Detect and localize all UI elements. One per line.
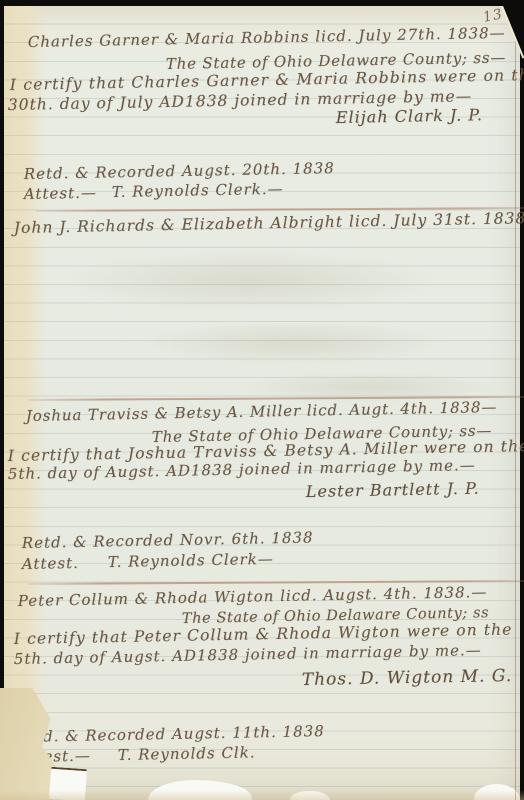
officiant-signature: Lester Bartlett J. P. (306, 479, 480, 501)
attest-clerk: T. Reynolds Clerk.— (112, 180, 284, 201)
attest-label: Attest.— (24, 184, 97, 203)
bottom-edge-shading (0, 790, 524, 800)
officiant-signature: Thos. D. Wigton M. G. (302, 666, 513, 690)
ledger-scan: 137 Charles Garner & Maria Robbins licd.… (0, 0, 524, 800)
attest-label: Attest. (22, 554, 79, 573)
attest-clerk: T. Reynolds Clk. (118, 743, 256, 764)
show-through-smudge (140, 322, 450, 364)
attest-clerk: T. Reynolds Clerk— (108, 550, 274, 571)
show-through-smudge (60, 252, 440, 310)
officiant-signature: Elijah Clark J. P. (336, 105, 483, 127)
page-edge-line (515, 6, 516, 800)
